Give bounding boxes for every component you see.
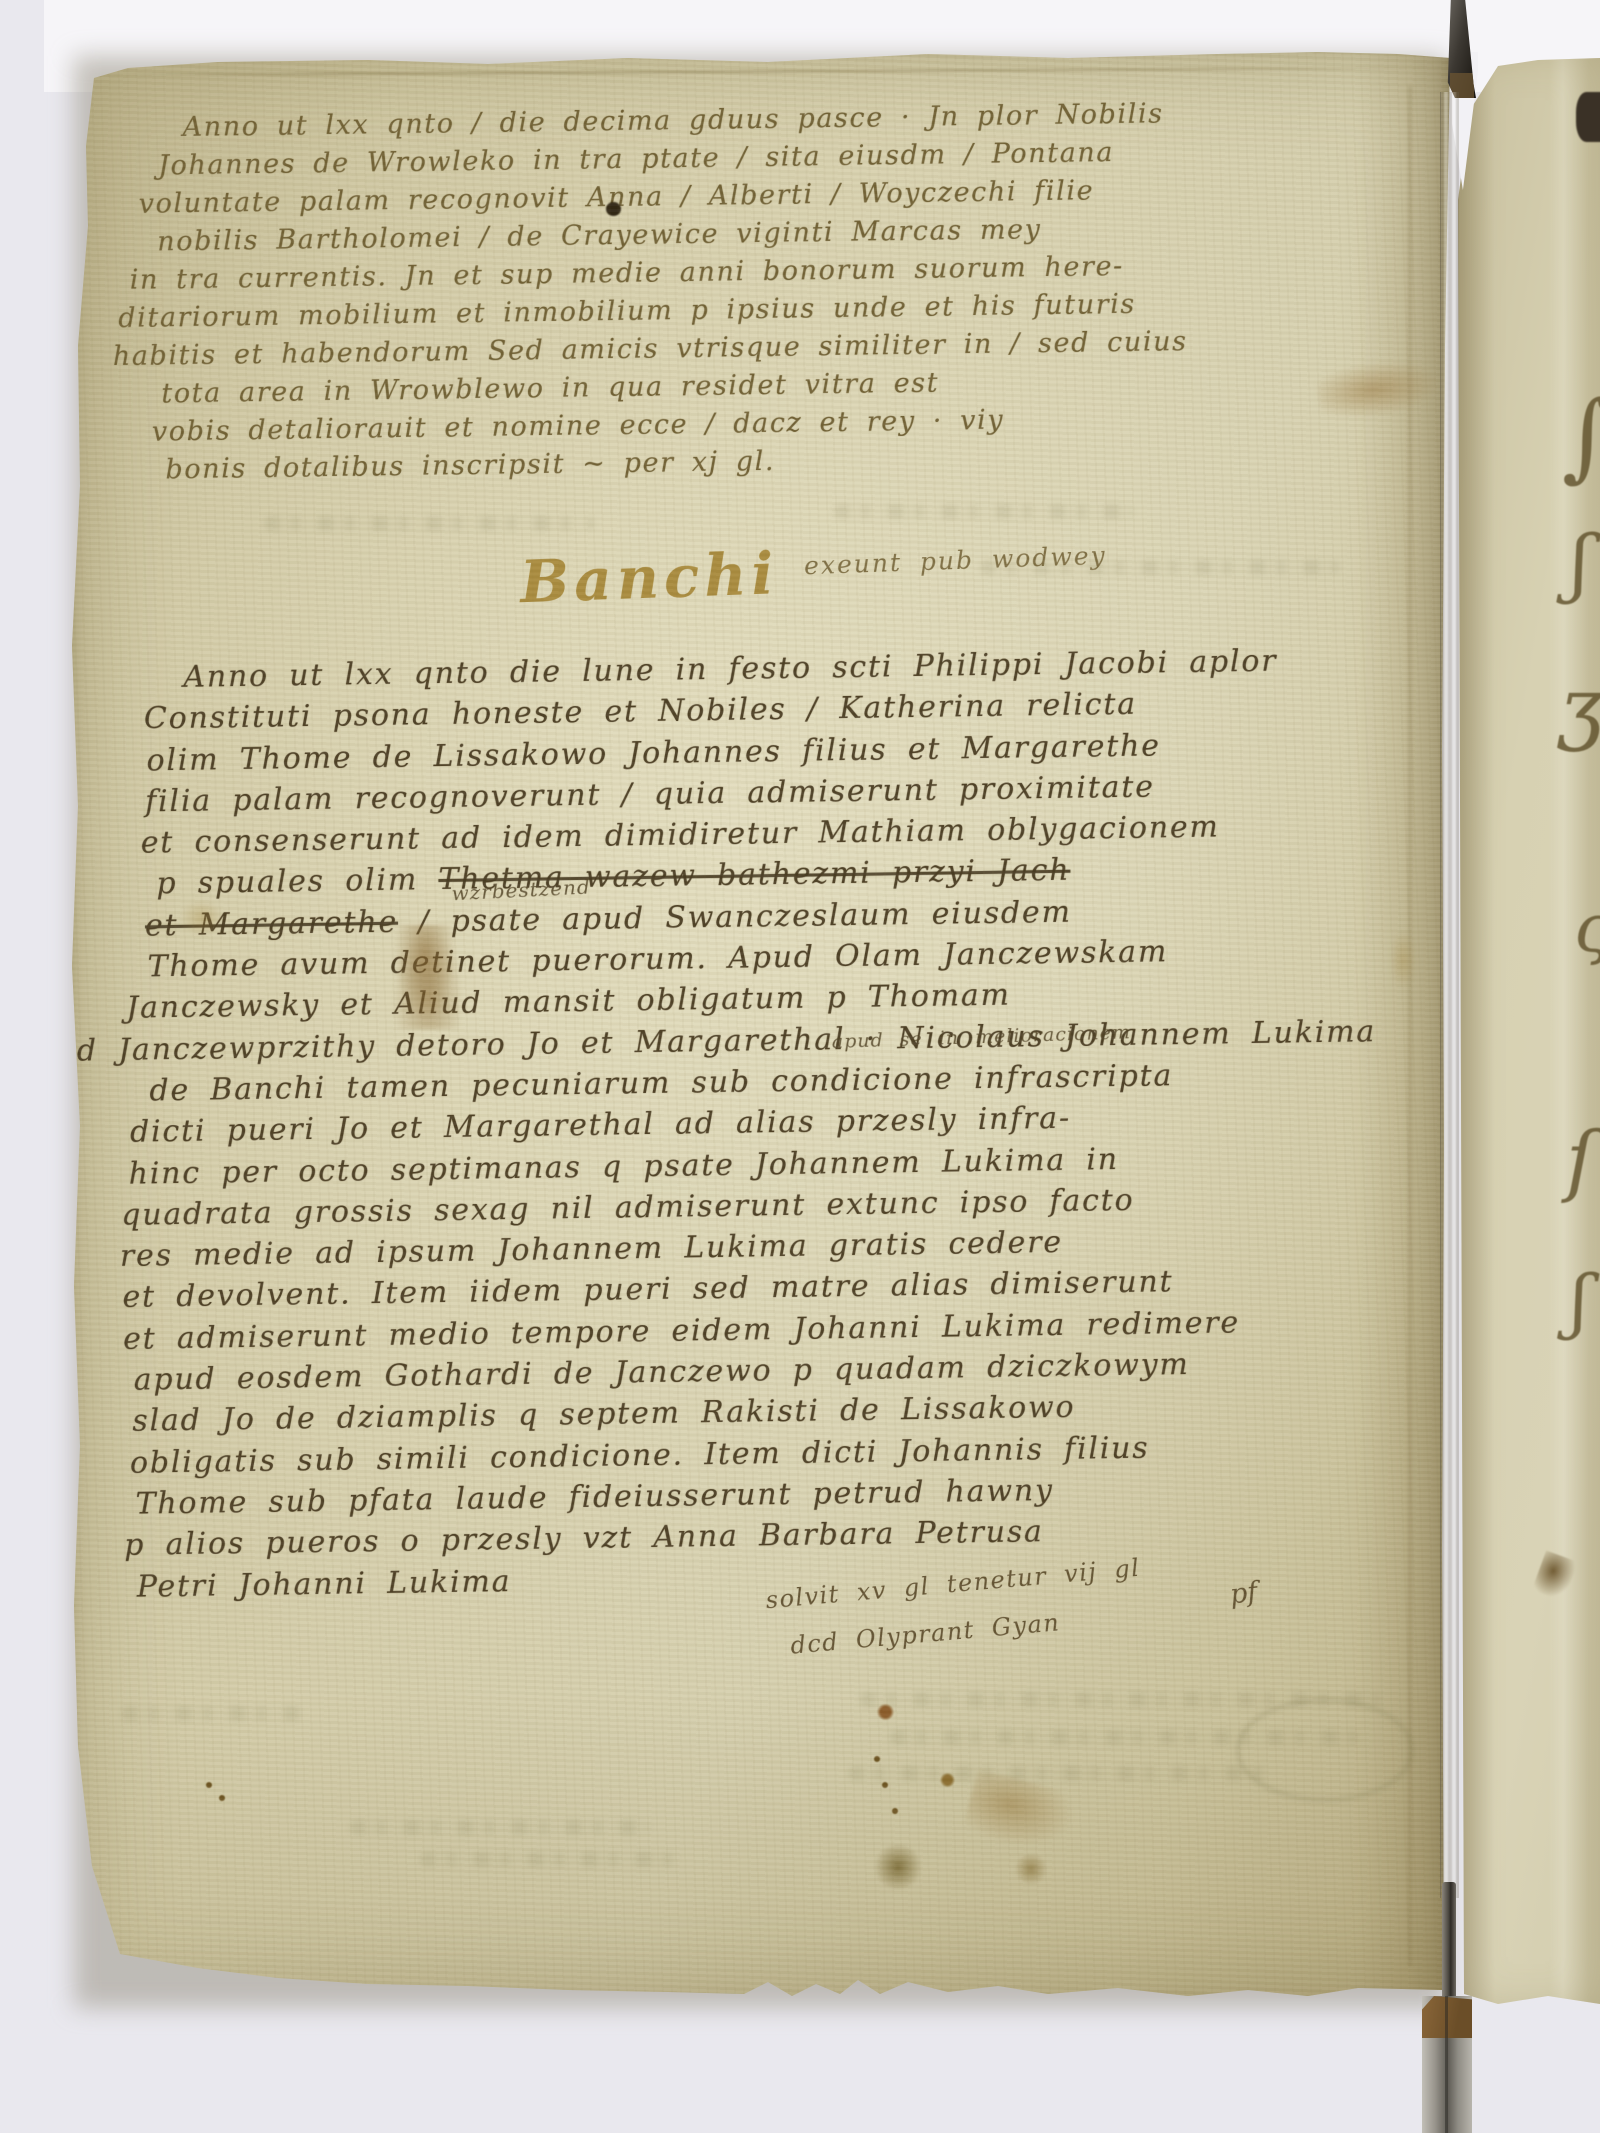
stain	[1014, 1854, 1048, 1884]
stain	[874, 1844, 922, 1890]
stain	[1315, 355, 1443, 423]
scribal-mark: pf	[1228, 1577, 1258, 1611]
interlinear-insertion: wzrbestzend	[451, 866, 592, 914]
ink-speck	[882, 1782, 888, 1788]
facing-page-text-fragment: ʃ	[1570, 1260, 1589, 1342]
ink-speck	[892, 1808, 898, 1814]
bleedthrough-line	[890, 1730, 1360, 1745]
ink-speck	[206, 1782, 212, 1788]
bleedthrough-line	[860, 1692, 1380, 1707]
page-holder-rod	[1442, 1882, 1456, 2000]
text-segment: p spuales olim	[156, 863, 439, 902]
bleedthrough-line	[350, 1820, 650, 1835]
heading-annotation: exeunt pub wodwey	[804, 541, 1108, 581]
facing-page-text-fragment: ʃ	[1570, 520, 1590, 606]
paragraph-entry-1: Anno ut lxx qnto / die decima gduus pasc…	[182, 95, 1189, 489]
bleedthrough-line	[420, 1852, 680, 1867]
facing-page-text-fragment: ſ	[1566, 1116, 1595, 1206]
ink-spot	[940, 1773, 955, 1787]
facing-page-text-fragment: ς	[1574, 890, 1600, 967]
manuscript-photo: Anno ut lxx qnto / die decima gduus pasc…	[0, 0, 1600, 2133]
stain	[962, 1769, 1081, 1859]
facing-page: ∫ ʃ ʒ ς ſ ʃ	[1458, 50, 1600, 2012]
section-heading: Banchiexeunt pub wodwey	[519, 528, 1108, 616]
heading-word: Banchi	[519, 539, 780, 616]
ink-speck	[219, 1795, 225, 1801]
bleedthrough-line	[122, 1706, 302, 1721]
facing-page-text-fragment: ʒ	[1558, 660, 1600, 753]
facing-page-text-fragment: ∫	[1562, 380, 1600, 492]
ink-blot	[1532, 1550, 1578, 1601]
bleedthrough-flourish	[1236, 1698, 1414, 1802]
ink-speck	[874, 1756, 880, 1762]
payment-note: dcd Olyprant Gyan	[789, 1608, 1061, 1659]
bleedthrough-line	[834, 504, 1134, 519]
bleedthrough-line	[848, 1766, 1268, 1781]
page-fold-crease	[96, 66, 1441, 76]
ink-spot	[877, 1704, 894, 1720]
stain	[1390, 930, 1416, 990]
marginal-word: d Janczewprzithy	[77, 1029, 377, 1068]
paragraph-entry-2: Anno ut lxx qnto die lune in festo scti …	[178, 639, 1384, 1606]
gutter-crease	[1408, 86, 1412, 1966]
manuscript-page: Anno ut lxx qnto / die decima gduus pasc…	[68, 46, 1450, 2006]
book-clamp-base	[1422, 1996, 1472, 2133]
bleedthrough-line	[264, 516, 594, 531]
ink-mark	[1576, 92, 1600, 142]
struck-text: et Margarethe	[145, 904, 399, 943]
page-holder-strip	[1440, 92, 1459, 1898]
